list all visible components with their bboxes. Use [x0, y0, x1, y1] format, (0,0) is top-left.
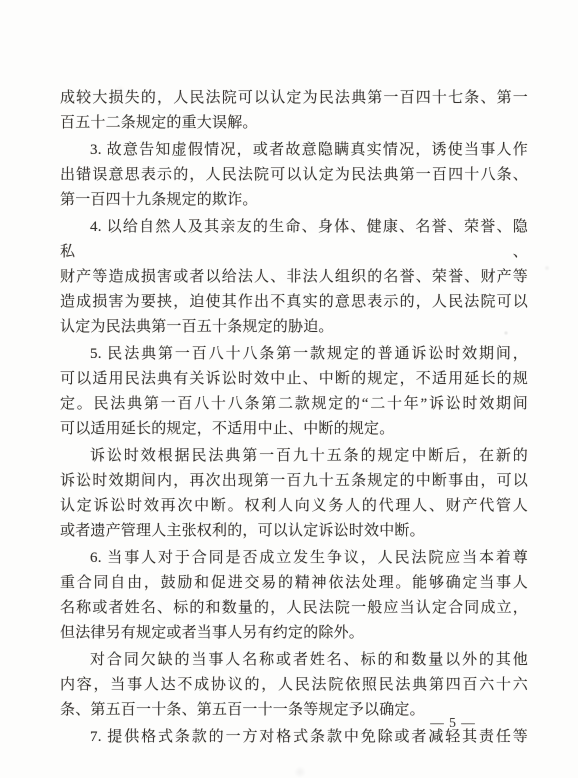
text-line: 财产等造成损害或者以给法人、非法人组织的名誉、荣誉、财产等: [60, 265, 528, 290]
text-line: 重合同自由，鼓励和促进交易的精神依法处理。能够确定当事人: [60, 571, 528, 596]
text-line: 5. 民法典第一百八十八条第一款规定的普通诉讼时效期间，: [60, 342, 528, 367]
text-line: 认定为民法典第一百五十条规定的胁迫。: [60, 315, 528, 340]
text-line: 可以适用延长的规定，不适用中止、中断的规定。: [60, 417, 528, 442]
text-line: 内容，当事人达不成协议的，人民法院依照民法典第四百六十六: [60, 673, 528, 698]
text-line: 4. 以给自然人及其亲友的生命、身体、健康、名誉、荣誉、隐私、: [60, 215, 528, 265]
text-line: 百五十二条规定的重大误解。: [60, 111, 528, 136]
text-line: 第一百四十九条规定的欺诈。: [60, 188, 528, 213]
text-line: 诉讼时效根据民法典第一百九十五条的规定中断后，在新的: [60, 444, 528, 469]
document-body: 成较大损失的，人民法院可以认定为民法典第一百四十七条、第一百五十二条规定的重大误…: [60, 86, 528, 750]
text-line: 造成损害为要挟，迫使其作出不真实的意思表示的，人民法院可以: [60, 290, 528, 315]
text-line: 但法律另有规定或者当事人另有约定的除外。: [60, 621, 528, 646]
text-line: 6. 当事人对于合同是否成立发生争议，人民法院应当本着尊: [60, 546, 528, 571]
text-line: 对合同欠缺的当事人名称或者姓名、标的和数量以外的其他: [60, 648, 528, 673]
scanned-document-page: 成较大损失的，人民法院可以认定为民法典第一百四十七条、第一百五十二条规定的重大误…: [0, 0, 578, 778]
text-line: 出错误意思表示的，人民法院可以认定为民法典第一百四十八条、: [60, 163, 528, 188]
text-line: 3. 故意告知虚假情况，或者故意隐瞒真实情况，诱使当事人作: [60, 138, 528, 163]
text-line: 或者遗产管理人主张权利的，可以认定诉讼时效中断。: [60, 519, 528, 544]
text-line: 定。民法典第一百八十八条第二款规定的“二十年”诉讼时效期间: [60, 392, 528, 417]
text-line: 认定诉讼时效再次中断。权利人向义务人的代理人、财产代管人: [60, 494, 528, 519]
text-line: 诉讼时效期间内，再次出现第一百九十五条规定的中断事由，可以: [60, 469, 528, 494]
text-line: 可以适用民法典有关诉讼时效中止、中断的规定，不适用延长的规: [60, 367, 528, 392]
page-number: — 5 —: [418, 714, 488, 732]
text-line: 成较大损失的，人民法院可以认定为民法典第一百四十七条、第一: [60, 86, 528, 111]
text-line: 名称或者姓名、标的和数量的，人民法院一般应当认定合同成立，: [60, 596, 528, 621]
